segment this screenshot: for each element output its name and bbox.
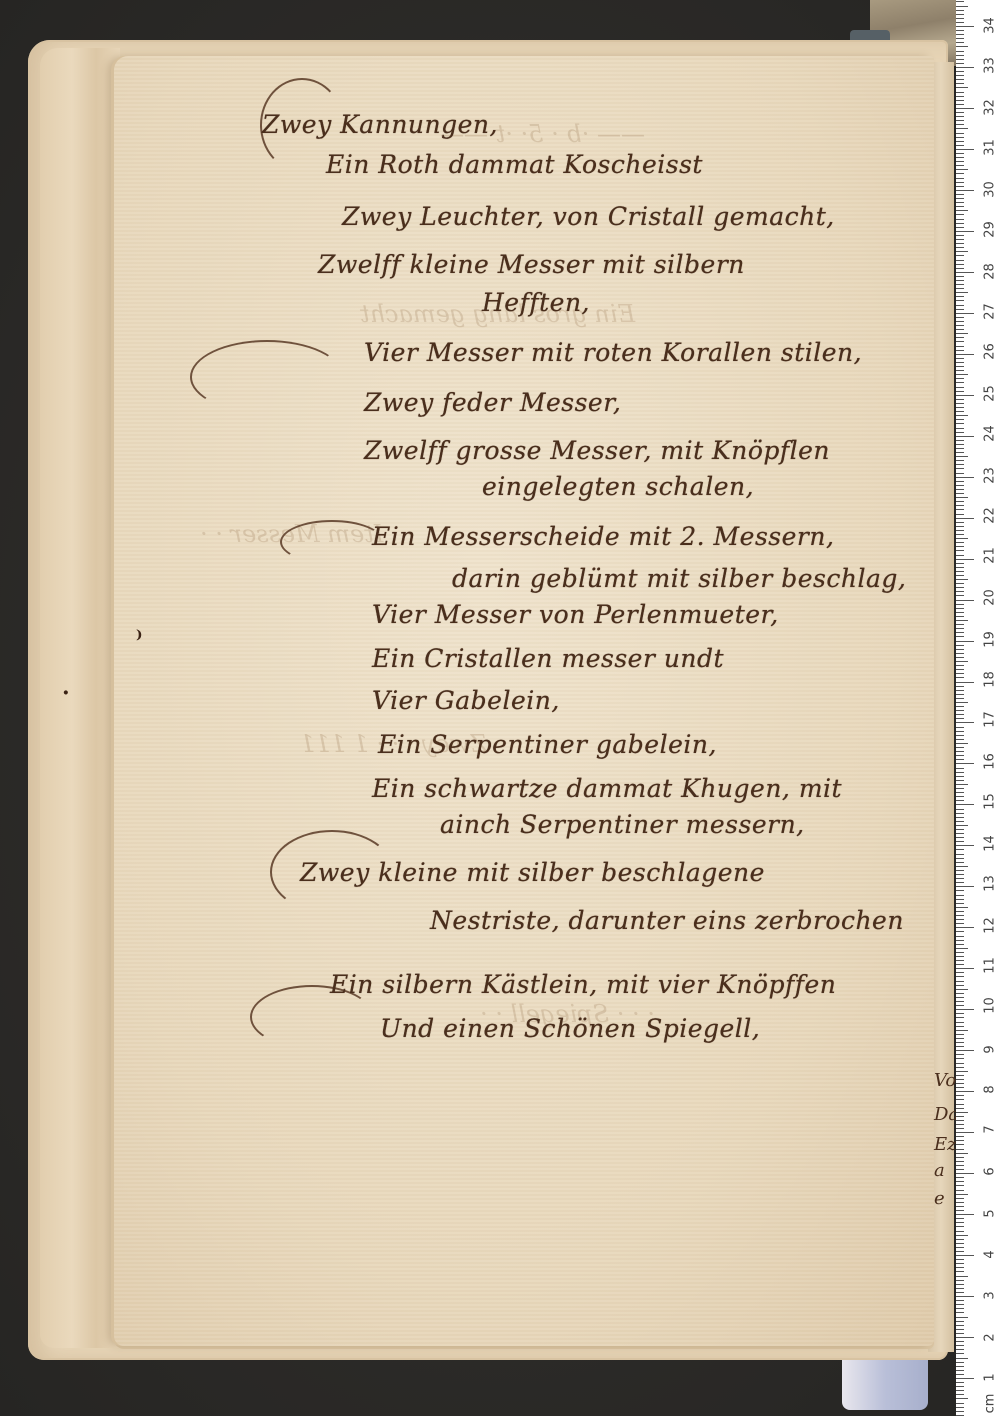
ruler-tick [956, 632, 964, 633]
ruler-label: 20 [983, 586, 998, 610]
ruler-tick [956, 1136, 964, 1137]
ruler-tick [956, 173, 964, 174]
ruler-tick [956, 137, 964, 138]
ruler-tick [956, 1075, 964, 1076]
ruler-tick [956, 464, 964, 465]
ruler-tick [956, 899, 964, 900]
ruler-tick [956, 604, 964, 605]
ruler-tick [956, 874, 964, 875]
ruler-tick [956, 1329, 964, 1330]
ruler-tick [956, 223, 964, 224]
ruler-tick [956, 800, 964, 801]
ruler-tick [956, 645, 964, 646]
ruler-tick [956, 673, 964, 674]
ruler-tick [956, 1083, 964, 1084]
ruler-tick [956, 845, 974, 846]
ruler-tick [956, 1312, 964, 1313]
ruler-tick [956, 1054, 964, 1055]
ruler-tick [956, 772, 964, 773]
ruler-tick [956, 776, 964, 777]
ruler-tick [956, 300, 964, 301]
ruler-tick [956, 329, 964, 330]
ruler-tick [956, 42, 964, 43]
ruler-tick [956, 1218, 964, 1219]
ruler-tick [956, 1, 964, 2]
ruler-tick [956, 419, 964, 420]
ruler-tick [956, 46, 968, 47]
ruler-tick [956, 51, 964, 52]
ruler-tick [956, 477, 974, 478]
ruler-tick [956, 1067, 964, 1068]
ruler-label: 18 [983, 668, 998, 692]
ruler-tick [956, 391, 964, 392]
ruler-tick [956, 1185, 964, 1186]
ruler-tick [956, 915, 964, 916]
ruler-tick [956, 1190, 964, 1191]
ruler-tick [956, 919, 964, 920]
ruler-tick [956, 858, 964, 859]
ruler-tick [956, 722, 974, 723]
ruler-tick [956, 665, 964, 666]
ruler-tick [956, 296, 964, 297]
ruler-tick [956, 690, 964, 691]
ruler-tick [956, 579, 968, 580]
ruler-label: 17 [983, 708, 998, 732]
ruler-tick [956, 489, 964, 490]
ruler-tick [956, 411, 964, 412]
ruler-tick [956, 436, 974, 437]
ruler-tick [956, 354, 974, 355]
ruler-label: 14 [983, 832, 998, 856]
ruler-tick [956, 686, 964, 687]
ruler-tick [956, 1304, 964, 1305]
ruler-tick [956, 305, 964, 306]
ruler-tick [956, 792, 964, 793]
ruler-tick [956, 1325, 964, 1326]
ruler-tick [956, 214, 964, 215]
ruler-tick [956, 1243, 964, 1244]
ruler-tick [956, 1210, 964, 1211]
ruler-tick [956, 829, 964, 830]
ruler-tick [956, 886, 974, 887]
ruler-tick [956, 837, 964, 838]
ruler-tick [956, 116, 964, 117]
ruler-tick [956, 882, 964, 883]
ruler-tick [956, 923, 964, 924]
ruler-tick [956, 788, 964, 789]
ruler-tick [956, 936, 964, 937]
next-page-fragment: a [934, 1160, 945, 1181]
initial-flourish [190, 340, 344, 414]
ruler-tick [956, 440, 964, 441]
ruler-tick [956, 780, 964, 781]
ruler-tick [956, 165, 964, 166]
ruler-tick [956, 1108, 964, 1109]
ruler-tick [956, 821, 964, 822]
ruler-tick [956, 1087, 964, 1088]
ruler-tick [956, 133, 964, 134]
ruler-tick [956, 1280, 964, 1281]
ruler-tick [956, 727, 964, 728]
ruler-tick [956, 423, 964, 424]
ruler-tick [956, 1411, 964, 1412]
ruler-tick [956, 710, 964, 711]
ruler-tick [956, 866, 968, 867]
ruler-tick [956, 993, 964, 994]
ruler-tick [956, 641, 974, 642]
ruler-tick [956, 1042, 964, 1043]
ruler-tick [956, 972, 964, 973]
ruler-tick [956, 219, 964, 220]
ruler-tick [956, 108, 974, 109]
ruler-tick [956, 1112, 968, 1113]
ruler-label: 11 [983, 954, 998, 978]
ruler-tick [956, 235, 964, 236]
ruler-tick [956, 1046, 964, 1047]
ruler-tick [956, 612, 964, 613]
ruler-tick [956, 768, 964, 769]
ruler-tick [956, 198, 964, 199]
manuscript-line: Zwelff grosse Messer, mit Knöpflen [364, 436, 830, 465]
ruler-tick [956, 1276, 968, 1277]
ruler-tick [956, 653, 964, 654]
ruler-tick [956, 981, 964, 982]
ruler-tick [956, 587, 964, 588]
ruler-tick [956, 702, 968, 703]
manuscript-line: Ein Roth dammat Koscheisst [326, 150, 703, 179]
ruler-label: 27 [983, 300, 998, 324]
ruler-tick [956, 747, 964, 748]
ruler-tick [956, 706, 964, 707]
ruler-tick [956, 341, 964, 342]
ruler-tick [956, 481, 964, 482]
ruler-tick [956, 735, 964, 736]
manuscript-line: Zwey feder Messer, [364, 388, 621, 417]
manuscript-line: Und einen Schönen Spiegell, [380, 1014, 760, 1043]
ruler-tick [956, 1366, 964, 1367]
ruler-tick [956, 79, 964, 80]
ruler-tick [956, 22, 964, 23]
ruler-tick [956, 1173, 974, 1174]
ruler-tick [956, 1144, 964, 1145]
ruler-tick [956, 1153, 968, 1154]
ruler-tick [956, 1202, 964, 1203]
ruler-label: 29 [983, 218, 998, 242]
ruler-tick [956, 698, 964, 699]
ruler-tick [956, 563, 964, 564]
ruler-tick [956, 718, 964, 719]
ruler-tick [956, 1022, 964, 1023]
ruler-tick [956, 403, 964, 404]
ruler-tick [956, 825, 968, 826]
ruler-tick [956, 247, 964, 248]
ruler-tick [956, 83, 964, 84]
ruler-tick [956, 952, 964, 953]
ruler-tick [956, 624, 964, 625]
ruler-tick [956, 1321, 964, 1322]
ruler-tick [956, 1058, 964, 1059]
ruler-tick [956, 1292, 964, 1293]
ruler-tick [956, 931, 964, 932]
ruler-tick [956, 26, 974, 27]
ruler-label: 2 [983, 1326, 998, 1350]
ruler-tick [956, 194, 964, 195]
ruler-tick [956, 1104, 964, 1105]
ruler-tick [956, 608, 964, 609]
ruler-tick [956, 1128, 964, 1129]
ruler-tick [956, 67, 974, 68]
ruler-tick [956, 1132, 974, 1133]
bookmark-tab [842, 1360, 928, 1410]
ruler-tick [956, 595, 964, 596]
ruler-tick [956, 878, 964, 879]
ruler-tick [956, 366, 964, 367]
ruler-tick [956, 854, 964, 855]
ruler-tick [956, 14, 964, 15]
ruler-tick [956, 1300, 964, 1301]
manuscript-line: Ein silbern Kästlein, mit vier Knöpffen [330, 970, 836, 999]
ruler-tick [956, 1239, 964, 1240]
ruler-tick [956, 809, 964, 810]
manuscript-line: Zwelff kleine Messer mit silbern [318, 250, 745, 279]
ruler-tick [956, 10, 964, 11]
ruler-tick [956, 1226, 964, 1227]
ruler-tick [956, 468, 964, 469]
ruler-tick [956, 128, 968, 129]
ruler-tick [956, 493, 964, 494]
ruler-tick [956, 907, 968, 908]
ruler-tick [956, 895, 964, 896]
ruler-tick [956, 141, 964, 142]
ruler-tick [956, 534, 964, 535]
ruler-tick [956, 1259, 964, 1260]
ruler-tick [956, 940, 964, 941]
ruler-tick [956, 620, 968, 621]
ruler-tick [956, 1038, 964, 1039]
ruler-tick [956, 497, 968, 498]
ruler-tick [956, 186, 964, 187]
ruler-tick [956, 944, 964, 945]
margin-mark: ⁾ [136, 626, 143, 652]
ruler-tick [956, 362, 964, 363]
ruler-tick [956, 550, 964, 551]
ruler-tick [956, 280, 964, 281]
ruler-tick [956, 1382, 964, 1383]
ruler-tick [956, 1349, 964, 1350]
ruler-tick [956, 321, 964, 322]
ruler-tick [956, 1071, 968, 1072]
ruler-tick [956, 948, 968, 949]
ruler-tick [956, 30, 964, 31]
ruler-tick [956, 444, 964, 445]
ruler-tick [956, 841, 964, 842]
manuscript-line: Ein schwartze dammat Khugen, mit [372, 774, 842, 803]
ruler-label: 16 [983, 750, 998, 774]
ruler-tick [956, 1063, 964, 1064]
ruler-tick [956, 276, 964, 277]
ruler-tick [956, 1079, 964, 1080]
ruler-tick [956, 251, 968, 252]
ruler-tick [956, 104, 964, 105]
ruler-tick [956, 1398, 968, 1399]
ruler-tick [956, 1181, 964, 1182]
ruler-label: 21 [983, 544, 998, 568]
ruler-tick [956, 833, 964, 834]
ruler-tick [956, 1403, 964, 1404]
ruler-tick [956, 1288, 964, 1289]
ruler-tick [956, 1161, 964, 1162]
ruler-tick [956, 890, 964, 891]
ruler-tick [956, 1267, 964, 1268]
ruler-tick [956, 1013, 964, 1014]
ruler-tick [956, 1308, 964, 1309]
ruler-tick [956, 514, 964, 515]
ruler-tick [956, 1026, 964, 1027]
ruler-tick [956, 415, 968, 416]
ruler-tick [956, 583, 964, 584]
ruler-tick [956, 1214, 974, 1215]
ruler-tick [956, 18, 964, 19]
ruler-tick [956, 522, 964, 523]
ruler-tick [956, 59, 964, 60]
ruler-label: 10 [983, 994, 998, 1018]
ruler-tick [956, 284, 964, 285]
margin-mark: · [62, 680, 70, 706]
ruler-tick [956, 1030, 968, 1031]
ruler-tick [956, 1263, 964, 1264]
ruler-tick [956, 432, 964, 433]
ruler-tick [956, 1271, 964, 1272]
ruler-tick [956, 288, 964, 289]
ruler-tick [956, 407, 964, 408]
manuscript-line: Zwey Kannungen, [262, 110, 498, 139]
ruler-tick [956, 370, 964, 371]
manuscript-line: Ein Cristallen messer undt [372, 644, 724, 673]
ruler-tick [956, 182, 964, 183]
ruler-tick [956, 796, 964, 797]
manuscript-line: Ein Serpentiner gabelein, [378, 730, 717, 759]
ruler-tick [956, 71, 964, 72]
manuscript-line: Zwey Leuchter, von Cristall gemacht, [342, 202, 835, 231]
measurement-ruler: cm 1234567891011121314151617181920212223… [956, 0, 1000, 1416]
ruler-tick [956, 1001, 964, 1002]
ruler-tick [956, 460, 964, 461]
ruler-tick [956, 1177, 964, 1178]
ruler-tick [956, 669, 964, 670]
ruler-tick [956, 1140, 964, 1141]
ruler-tick [956, 272, 974, 273]
ruler-label: 34 [983, 14, 998, 38]
ruler-label: 7 [983, 1118, 998, 1142]
ruler-label: 22 [983, 504, 998, 528]
ruler-tick [956, 190, 974, 191]
ruler-tick [956, 202, 964, 203]
ruler-tick [956, 997, 964, 998]
ruler-tick [956, 255, 964, 256]
ruler-label: 13 [983, 872, 998, 896]
ruler-tick [956, 784, 968, 785]
ruler-tick [956, 1353, 964, 1354]
ruler-tick [956, 862, 964, 863]
ruler-tick [956, 1251, 964, 1252]
ruler-tick [956, 227, 964, 228]
ruler-tick [956, 157, 964, 158]
ruler-tick [956, 112, 964, 113]
ruler-tick [956, 428, 964, 429]
ruler-tick [956, 292, 968, 293]
ruler-tick [956, 55, 964, 56]
ruler-tick [956, 657, 964, 658]
ruler-tick [956, 239, 964, 240]
ruler-tick [956, 1198, 964, 1199]
ruler-tick [956, 1120, 964, 1121]
ruler-tick [956, 1247, 964, 1248]
ruler-tick [956, 1337, 974, 1338]
ruler-tick [956, 161, 964, 162]
ruler-tick [956, 870, 964, 871]
ruler-tick [956, 976, 964, 977]
ruler-tick [956, 333, 968, 334]
ruler-tick [956, 1358, 968, 1359]
leaf-edges-left [40, 48, 120, 1348]
initial-flourish [280, 520, 384, 564]
ruler-tick [956, 714, 964, 715]
manuscript-line: Ein Messerscheide mit 2. Messern, [372, 522, 834, 551]
ruler-tick [956, 387, 964, 388]
ruler-tick [956, 1370, 964, 1371]
ruler-tick [956, 38, 964, 39]
ruler-tick [956, 309, 964, 310]
ruler-tick [956, 1231, 964, 1232]
ruler-tick [956, 456, 968, 457]
ruler-tick [956, 911, 964, 912]
ruler-label: 12 [983, 914, 998, 938]
manuscript-line: Zwey kleine mit silber beschlagene [300, 858, 765, 887]
ruler-tick [956, 956, 964, 957]
ruler-tick [956, 358, 964, 359]
ruler-tick [956, 677, 964, 678]
manuscript-line: Vier Messer von Perlenmueter, [372, 600, 779, 629]
ruler-tick [956, 1394, 964, 1395]
manuscript-line: Vier Messer mit roten Korallen stilen, [364, 338, 862, 367]
ruler-label: 26 [983, 340, 998, 364]
ruler-tick [956, 1165, 964, 1166]
ruler-label: 25 [983, 382, 998, 406]
ruler-tick [956, 374, 968, 375]
ruler-tick [956, 755, 964, 756]
ruler-tick [956, 1284, 964, 1285]
ruler-tick [956, 1017, 964, 1018]
ruler-tick [956, 649, 964, 650]
ruler-tick [956, 616, 964, 617]
ruler-label: 32 [983, 96, 998, 120]
ruler-tick [956, 1194, 968, 1195]
ruler-tick [956, 1362, 964, 1363]
ruler-tick [956, 378, 964, 379]
ruler-label: 28 [983, 260, 998, 284]
ruler-label: 23 [983, 464, 998, 488]
ruler-tick [956, 260, 964, 261]
ruler-tick [956, 1296, 974, 1297]
ruler-tick [956, 1050, 974, 1051]
ruler-tick [956, 526, 964, 527]
ruler-tick [956, 1407, 964, 1408]
ruler-tick [956, 1149, 964, 1150]
ruler-tick [956, 206, 964, 207]
ruler-tick [956, 530, 964, 531]
ruler-tick [956, 96, 964, 97]
ruler-tick [956, 1222, 964, 1223]
